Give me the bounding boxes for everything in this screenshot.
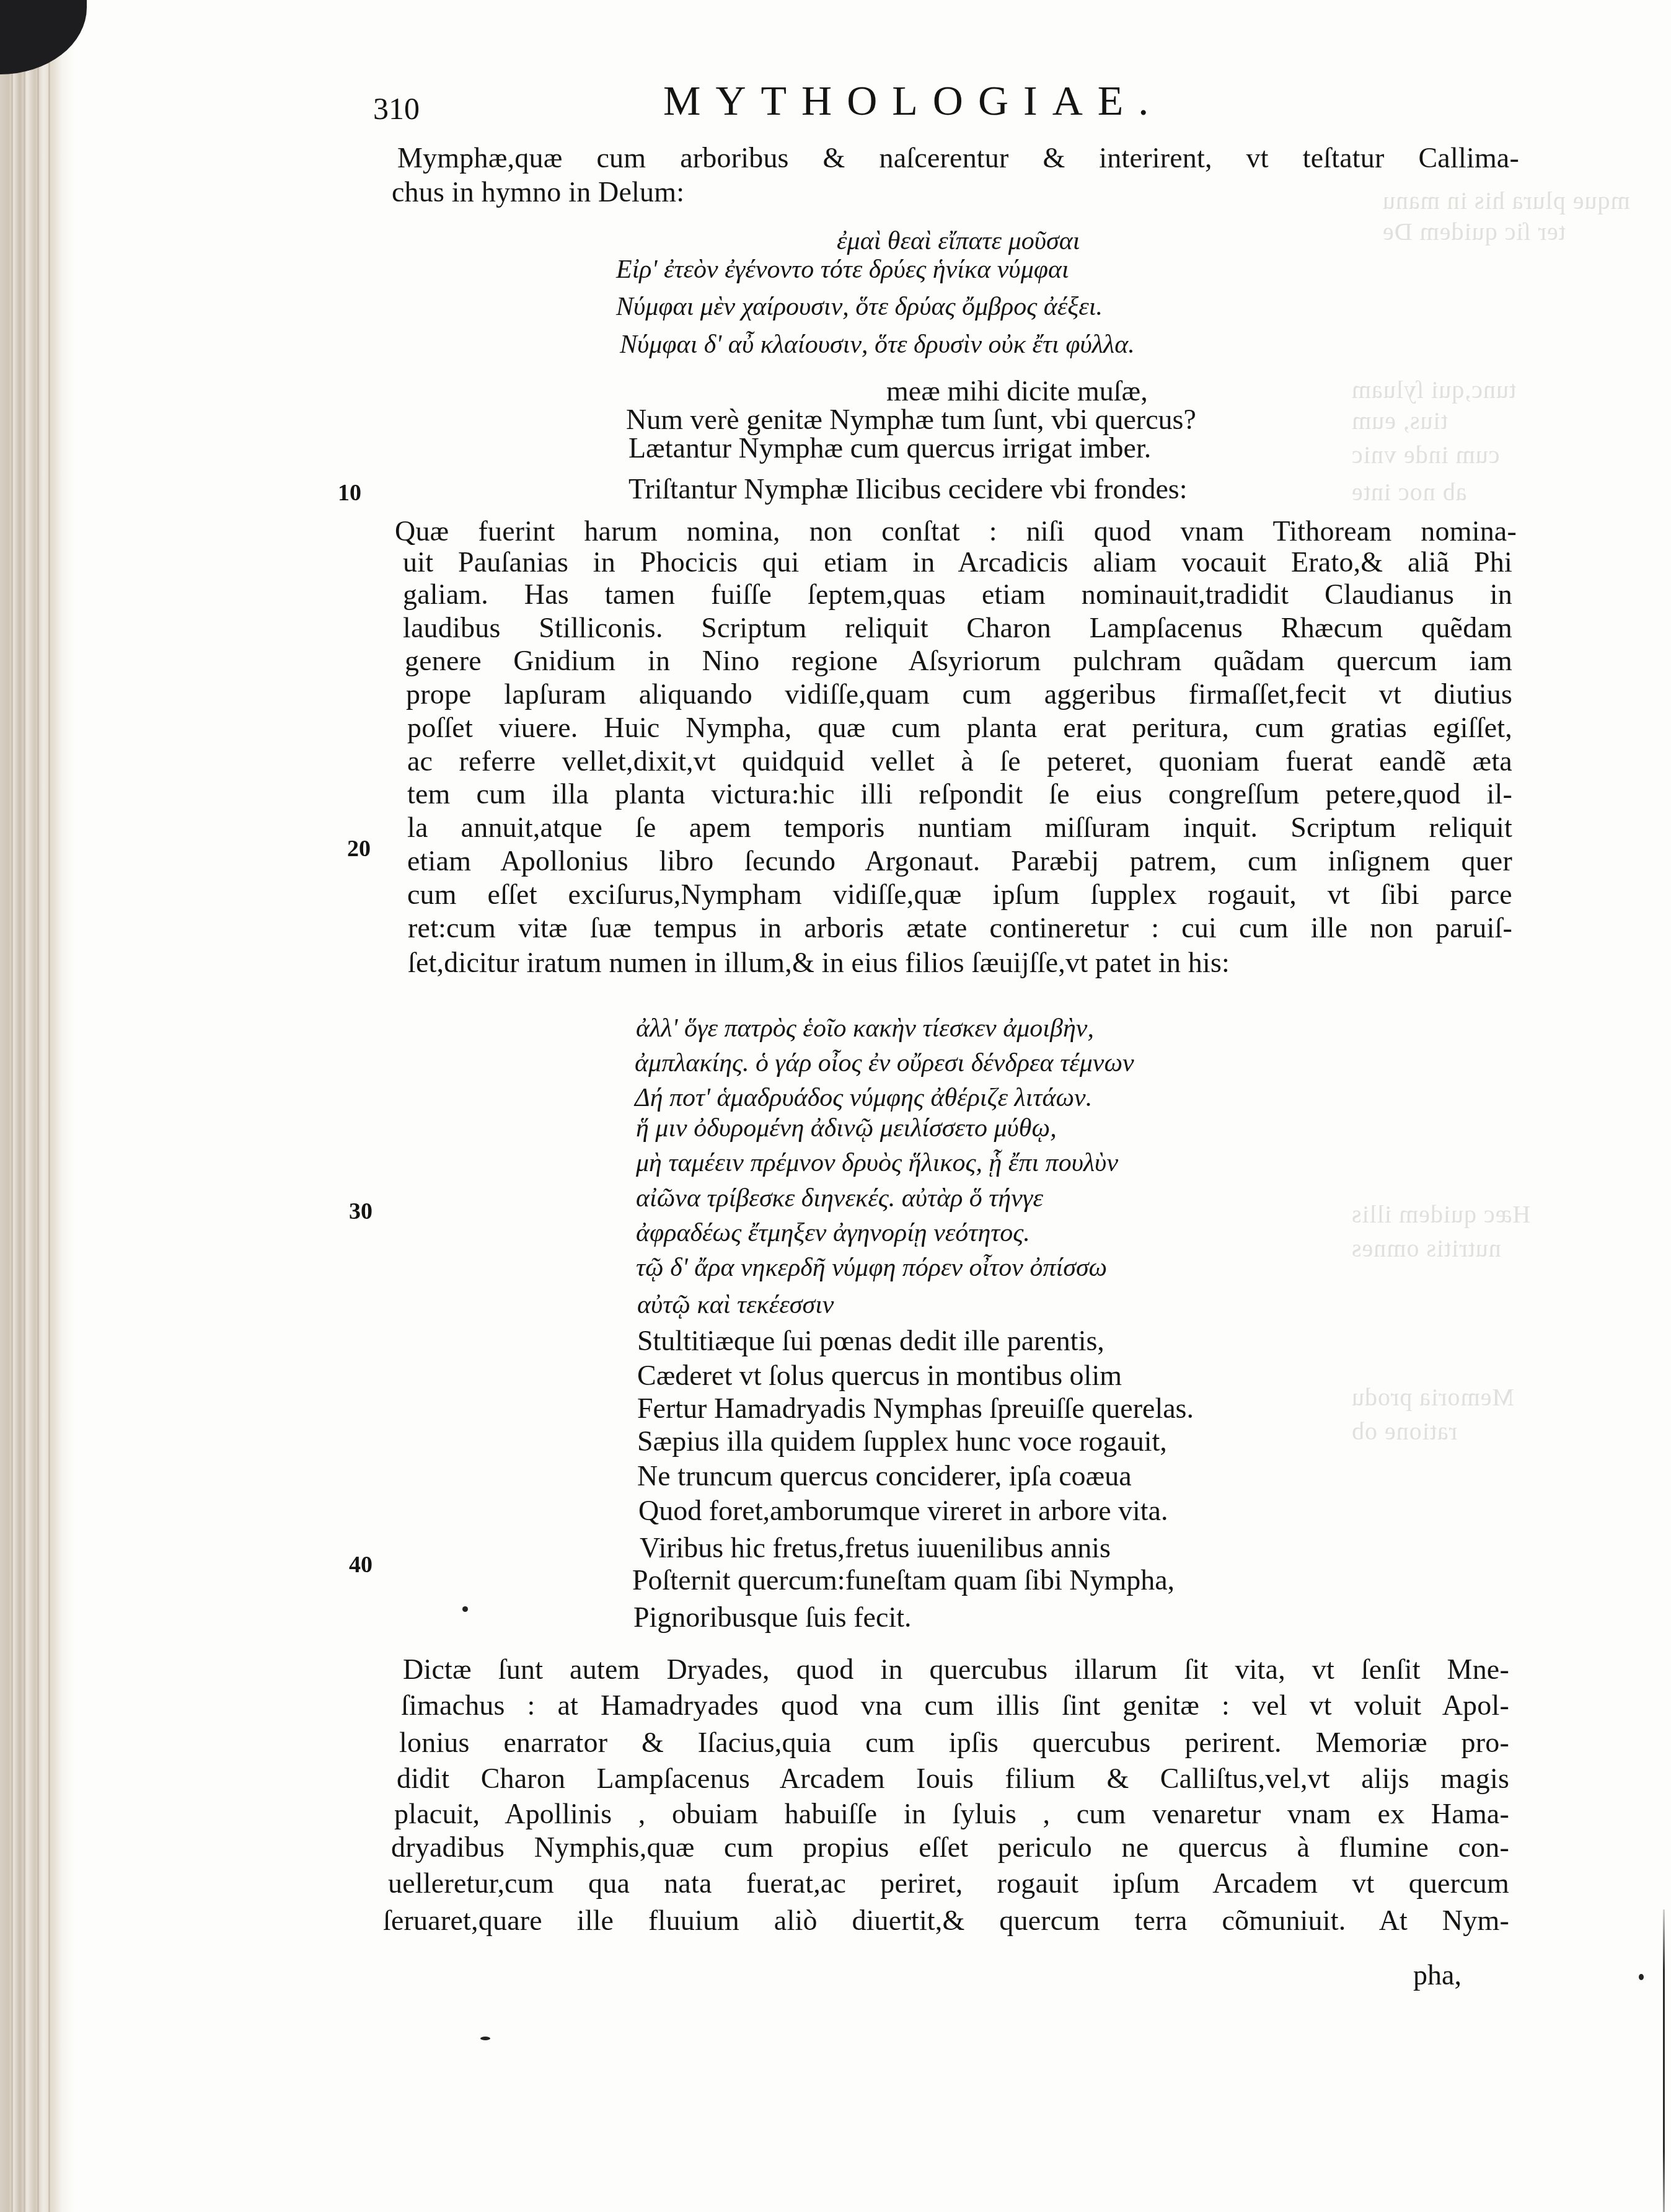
verse-line: Num verè genitæ Nymphæ tum ſunt, vbi que… <box>626 405 1196 434</box>
text-line: tem cum illa planta victura:hic illi reſ… <box>407 780 1512 808</box>
verse-line: Lætantur Nymphæ cum quercus irrigat imbe… <box>628 434 1151 462</box>
verse-line: αἰῶνα τρίβεσκε διηνεκές. αὐτὰρ ὅ τήνγε <box>636 1185 1043 1211</box>
bleed-through-text: ter ſic quidem De <box>1382 217 1566 246</box>
verse-line: Stultitiæque ſui pœnas dedit ille parent… <box>637 1327 1104 1355</box>
bleed-through-text: tunc,qui ſyluam <box>1351 375 1516 404</box>
text-line: ſimachus : at Hamadryades quod vna cum i… <box>401 1691 1509 1720</box>
bleed-through-text: nutritis omnes <box>1351 1234 1501 1263</box>
text-line: chus in hymno in Delum: <box>392 178 684 206</box>
ink-speck <box>480 2037 490 2040</box>
text-line: galiam. Has tamen fuiſſe ſeptem,quas eti… <box>403 580 1512 609</box>
text-line: ret:cum vitæ ſuæ tempus in arboris ætate… <box>408 914 1512 942</box>
text-line: ſet,dicitur iratum numen in illum,& in e… <box>408 949 1230 977</box>
verse-line: τῷ δ' ἄρα νηκερδῆ νύμφη πόρεν οἶτον ὀπίσ… <box>636 1255 1107 1281</box>
catchword: pha, <box>1413 1961 1462 1989</box>
verse-line: ἀφραδέως ἔτμηξεν ἀγηνορίῃ νεότητος. <box>636 1220 1030 1246</box>
verse-line: Fertur Hamadryadis Nymphas ſpreuiſſe que… <box>637 1394 1194 1423</box>
verse-line: Pignoribusque ſuis fecit. <box>633 1603 911 1632</box>
verse-line: ἀλλ' ὅγε πατρὸς ἑοῖο κακὴν τίεσκεν ἀμοιβ… <box>636 1015 1094 1042</box>
text-line: ac referre vellet,dixit,vt quidquid vell… <box>407 747 1512 776</box>
text-line: Dictæ ſunt autem Dryades, quod in quercu… <box>403 1655 1509 1684</box>
verse-line: Viribus hic fretus,fretus iuuenilibus an… <box>640 1534 1111 1562</box>
verse-line: Triſtantur Nymphæ Ilicibus cecidere vbi … <box>628 475 1188 503</box>
text-line: cum eſſet exciſurus,Nympham vidiſſe,quæ … <box>407 880 1512 909</box>
text-line: ſeruaret,quare ille fluuium aliò diuerti… <box>383 1906 1509 1935</box>
text-line: prope lapſuram aliquando vidiſſe,quam cu… <box>406 680 1512 709</box>
bleed-through-text: Hæc quidem illis <box>1351 1200 1530 1229</box>
text-line: placuit, Apollinis , obuiam habuiſſe in … <box>394 1800 1509 1828</box>
verse-line: Δή ποτ' ἁμαδρυάδος νύμφης ἀθέριζε λιτάων… <box>635 1085 1092 1111</box>
margin-line-number: 30 <box>349 1200 373 1223</box>
bleed-through-text: cum inde vnic <box>1351 440 1500 469</box>
verse-line: Νύμφαι δ' αὖ κλαίουσιν, ὅτε δρυσὶν οὐκ ἔ… <box>620 332 1135 358</box>
running-title: MYTHOLOGIAE. <box>663 79 1163 122</box>
verse-line: Cæderet vt ſolus quercus in montibus oli… <box>637 1361 1122 1390</box>
ink-speck <box>462 1606 468 1612</box>
margin-line-number: 40 <box>349 1553 373 1577</box>
bleed-through-text: mque plura his in manu <box>1382 186 1630 215</box>
verse-line: Sæpius illa quidem ſupplex hunc voce rog… <box>637 1427 1167 1456</box>
verse-line: ἀμπλακίης. ὁ γάρ οἶος ἐν οὔρεσι δένδρεα … <box>635 1050 1134 1076</box>
verse-line: Ne truncum quercus conciderer, ipſa coæu… <box>637 1462 1132 1490</box>
margin-line-number: 10 <box>338 481 361 505</box>
verse-line: αὐτῷ καὶ τεκέεσσιν <box>637 1292 834 1318</box>
bleed-through-text: ab noc inte <box>1351 477 1467 507</box>
text-line: la annuit,atque ſe apem temporis nuntiam… <box>407 813 1512 842</box>
verse-line: μὴ ταμέειν πρέμνον δρυὸς ἥλικος, ᾗ ἔπι π… <box>636 1150 1118 1176</box>
bleed-through-text: ratione ob <box>1351 1417 1457 1446</box>
text-line: lonius enarrator & Iſacius,quia cum ipſi… <box>399 1728 1509 1757</box>
verse-line: Poſternit quercum:funeſtam quam ſibi Nym… <box>632 1566 1175 1595</box>
verse-line: Νύμφαι μὲν χαίρουσιν, ὅτε δρύας ὄμβρος ἀ… <box>616 294 1103 320</box>
page-stack-edge <box>0 0 74 2212</box>
bleed-through-text: tius, eum <box>1351 406 1448 435</box>
verse-line: Quod foret,amborumque vireret in arbore … <box>638 1497 1168 1525</box>
text-line: poſſet viuere. Huic Nympha, quæ cum plan… <box>407 714 1512 742</box>
verse-line: Εἰρ' ἐτεὸν ἐγένοντο τότε δρύες ἡνίκα νύμ… <box>616 257 1069 283</box>
verse-line: meæ mihi dicite muſæ, <box>886 377 1148 405</box>
text-line: uelleretur,cum qua nata fuerat,ac perire… <box>388 1869 1509 1898</box>
verse-line: ἥ μιν ὀδυρομένη ἀδινῷ μειλίσσετο μύθῳ, <box>636 1115 1057 1141</box>
text-line: didit Charon Lampſacenus Arcadem Iouis f… <box>397 1764 1509 1793</box>
ink-speck <box>1639 1974 1644 1980</box>
page-number: 310 <box>373 93 420 124</box>
text-line: etiam Apollonius libro ſecundo Argonaut.… <box>407 847 1512 875</box>
page-edge-line <box>1663 1909 1665 2212</box>
text-line: genere Gnidium in Nino regione Aſsyrioru… <box>405 647 1512 675</box>
bleed-through-text: Memoria produ <box>1351 1382 1514 1412</box>
text-line: dryadibus Nymphis,quæ cum propius eſſet … <box>391 1833 1509 1862</box>
text-line: Mymphæ,quæ cum arboribus & naſcerentur &… <box>397 144 1519 172</box>
text-line: laudibus Stilliconis. Scriptum reliquit … <box>403 614 1512 642</box>
text-line: Quæ fuerint harum nomina, non conſtat : … <box>395 517 1517 546</box>
verse-line: ἐμαὶ θεαὶ εἴπατε μοῦσαι <box>837 228 1080 254</box>
margin-line-number: 20 <box>347 837 371 860</box>
text-line: uit Pauſanias in Phocicis qui etiam in A… <box>403 548 1512 577</box>
